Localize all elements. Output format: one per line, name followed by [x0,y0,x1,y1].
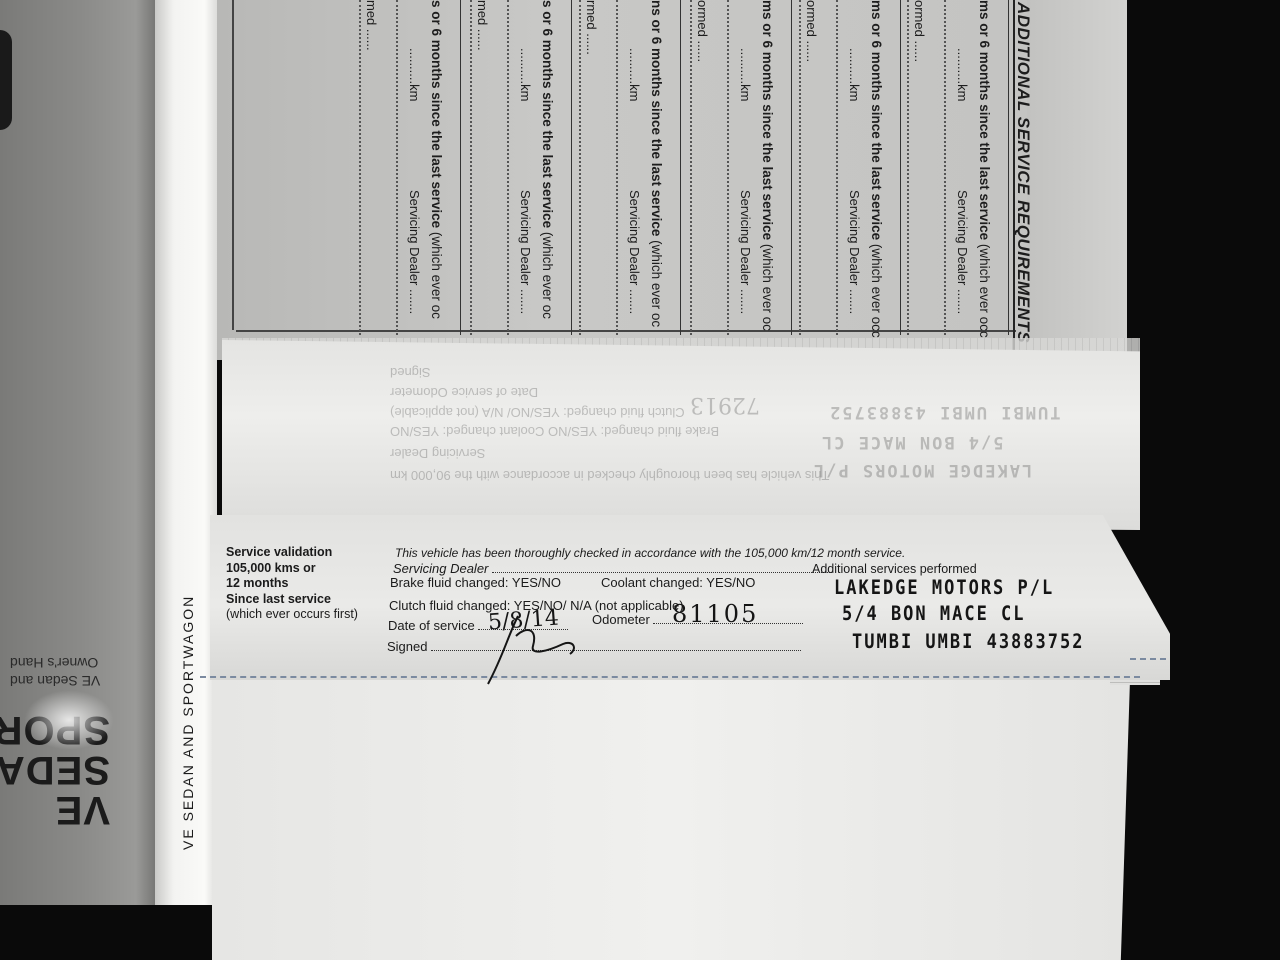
date-label: Date of service [388,618,475,633]
row-interval-suffix: (which ever oc [760,244,775,331]
service-table-page [217,0,1027,360]
table-border [236,330,1016,332]
servicing-dealer-field: Servicing Dealer [393,561,832,576]
row-performed-field: ormed ...... [695,0,710,62]
dealer-stamp-line: TUMBI UMBI 43883752 [852,631,1084,654]
row-interval-suffix: (which ever occ [869,244,884,338]
row-interval-suffix: (which ever oc [649,240,664,327]
dotted-rule [907,0,909,335]
row-divider [460,0,461,335]
cover-subtitle: VE Sedan and Owner's Hand [10,640,110,690]
dotted-rule [579,0,581,335]
handwritten-odometer: 81105 [672,600,758,628]
row-dealer-field: Servicing Dealer ....... [518,190,533,314]
validation-note: (which ever occurs first) [226,607,358,623]
row-km-field: ..........km [738,48,753,101]
row-divider [1008,0,1009,335]
row-interval-text: ns or 6 months since the last service (w… [649,0,664,327]
dotted-rule [396,0,398,335]
perforation-line [200,676,1140,678]
cover-title-line: SEDAN [40,750,110,790]
validation-since: Since last service [226,592,358,608]
row-dealer-field: Servicing Dealer ....... [955,190,970,314]
cover-subtitle-line: VE Sedan and [10,672,110,690]
dotted-rule [359,0,361,335]
dotted-rule [836,0,838,335]
row-interval-suffix: (which ever occ [977,244,992,338]
row-interval-text: ms or 6 months since the last service (w… [869,0,884,338]
validation-months: 12 months [226,576,358,592]
row-km-field: ..........km [518,48,533,101]
dotted-rule [690,0,692,335]
additional-services-label: Additional services performed [812,562,977,576]
dotted-rule [507,0,509,335]
row-km-field: ..........km [955,48,970,101]
spine-title: VE SEDAN AND SPORTWAGON [180,595,196,850]
row-dealer-field: Servicing Dealer ....... [407,190,422,314]
validation-title: Service validation [226,545,358,561]
row-divider [680,0,681,335]
dotted-leader [492,562,832,573]
ghost-line: Servicing Dealer [390,446,485,461]
row-km-field: ..........km [847,48,862,101]
brake-fluid-field[interactable]: Brake fluid changed: YES/NO [390,575,561,590]
row-divider [571,0,572,335]
cover-shadow [0,30,12,130]
row-interval-suffix: (which ever oc [429,232,444,319]
row-km-field: ..........km [407,48,422,101]
signed-label: Signed [387,639,427,654]
table-heading: ADDITIONAL SERVICE REQUIREMENTS [1013,2,1033,343]
signed-field[interactable]: Signed [387,639,801,654]
dealer-stamp-line: LAKEDGE MOTORS P/L [834,577,1054,600]
row-interval-text: ms or 6 months since the last service (w… [760,0,775,331]
dotted-rule [470,0,472,335]
validation-intro: This vehicle has been thoroughly checked… [395,546,905,560]
light-glare [24,690,114,750]
dotted-rule [727,0,729,335]
row-dealer-field: Servicing Dealer ....... [847,190,862,314]
row-interval-suffix: (which ever oc [540,232,555,319]
row-interval-text: s or 6 months since the last service (wh… [429,0,444,319]
row-performed-field: med ...... [475,0,490,51]
ghost-stamp-line: LAKEDGE MOTORS P/L [812,460,1032,480]
row-dealer-field: Servicing Dealer ....... [627,190,642,314]
row-performed-field: ormed ...... [912,0,927,62]
service-table-header-strip [1027,0,1127,360]
ghost-line: Brake fluid changed: YES/NO Coolant chan… [390,424,719,439]
ghost-stamp-line: 5/4 BON MACE CL [820,432,1004,452]
ghost-line: Signed [390,365,430,380]
ghost-handwritten-odometer: 72913 [690,392,760,417]
row-dealer-field: Servicing Dealer ....... [738,190,753,314]
row-performed-field: med ...... [364,0,379,51]
lower-page [212,680,1130,960]
dotted-rule [799,0,801,335]
ghost-stamp-line: TUMBI UMBI 43883752 [828,402,1060,422]
row-interval-text: s or 6 months since the last service (wh… [540,0,555,319]
perforation-line [1130,658,1166,660]
servicing-dealer-label: Servicing Dealer [393,561,488,576]
row-interval-text: ms or 6 months since the last service (w… [977,0,992,338]
row-divider [900,0,901,335]
dotted-rule [944,0,946,335]
service-validation-label: Service validation 105,000 kms or 12 mon… [226,545,358,623]
row-divider [791,0,792,335]
odometer-label: Odometer [592,612,650,627]
table-border [232,0,234,330]
validation-interval: 105,000 kms or [226,561,358,577]
ghost-line: Date of service Odometer [390,385,538,400]
signature-mark [478,606,588,696]
ghost-line: Clutch fluid changed: YES/NO/ N/A (not a… [390,405,685,420]
cover-title-line: VE [40,790,110,830]
row-km-field: ..........km [627,48,642,101]
dotted-rule [616,0,618,335]
ghost-line: This vehicle has been thoroughly checked… [390,468,829,483]
coolant-field[interactable]: Coolant changed: YES/NO [601,575,755,590]
dealer-stamp-line: 5/4 BON MACE CL [842,603,1026,626]
row-performed-field: ormed ...... [804,0,819,62]
row-performed-field: rmed ...... [584,0,599,55]
cover-subtitle-line: Owner's Hand [10,654,110,672]
